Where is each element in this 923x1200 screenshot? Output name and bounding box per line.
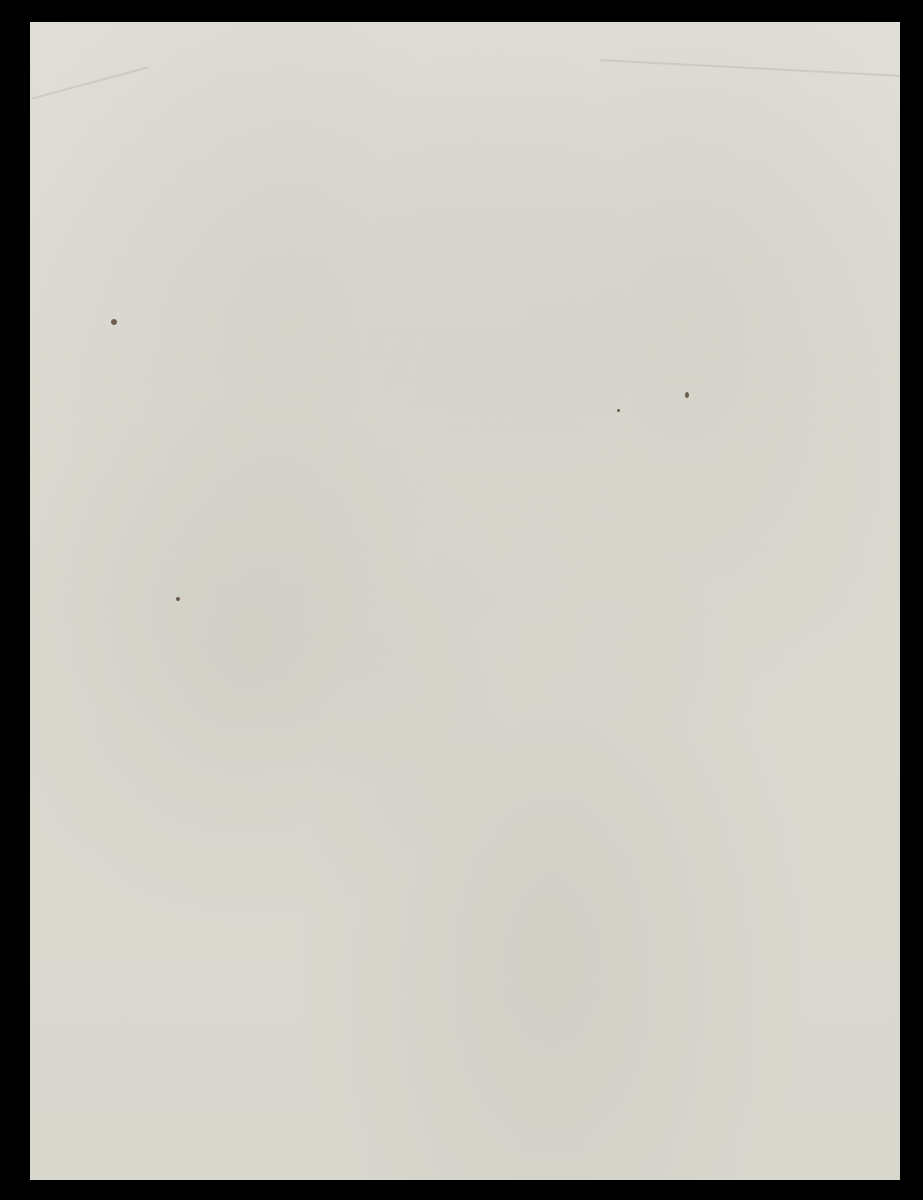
paper-spot xyxy=(685,392,689,398)
paper-crease xyxy=(600,59,900,77)
paper-spot xyxy=(111,319,117,325)
paper-crease xyxy=(32,67,148,100)
paper-spot xyxy=(176,597,180,601)
paper-spot xyxy=(617,409,620,412)
blank-paper-sheet xyxy=(30,22,900,1180)
